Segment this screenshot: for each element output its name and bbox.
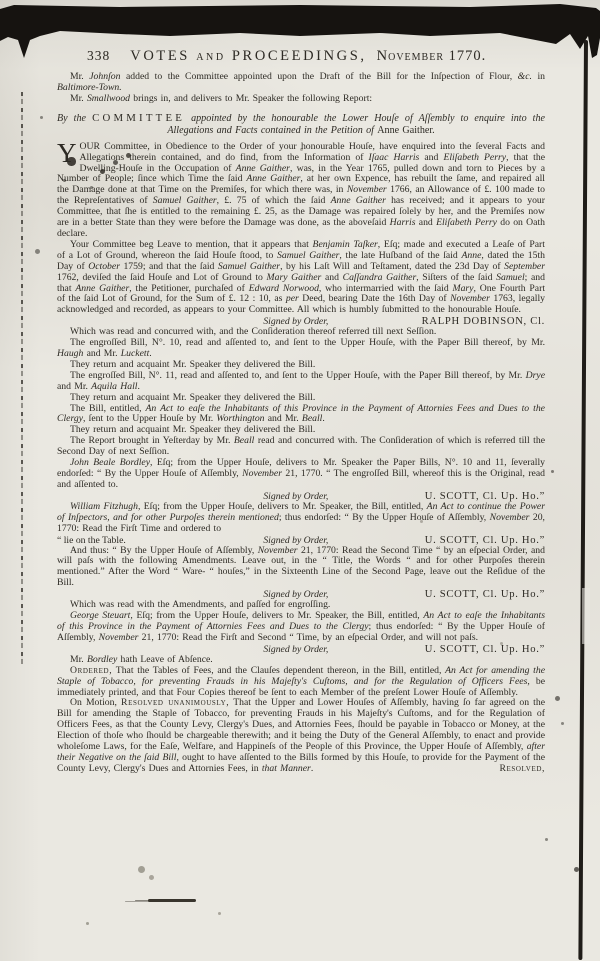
- text-segment: and Mr.: [83, 348, 120, 359]
- text-segment: Smallwood: [87, 93, 130, 104]
- paragraph: George Steuart, Eſq; from the Upper Houſ…: [57, 611, 545, 644]
- text-segment: brings in, and delivers to Mr. Speaker t…: [130, 93, 372, 104]
- text-segment: Worthington: [216, 413, 264, 424]
- text-segment: that Manner: [262, 763, 311, 774]
- text-segment: Mr.: [70, 71, 89, 82]
- text-segment: in: [532, 71, 545, 82]
- text-segment: The engroſſed Bill, N°. 10, read and aſſ…: [70, 337, 545, 348]
- paragraph: Your Committee beg Leave to mention, tha…: [57, 240, 545, 316]
- text-segment: Aquila Hall: [91, 381, 137, 392]
- page-text: Mr. Johnſon added to the Committee appoi…: [57, 72, 545, 775]
- text-segment: Samuel Gaither: [277, 250, 339, 261]
- paragraph: And thus: “ By the Upper Houſe of Aſſemb…: [57, 546, 545, 590]
- signed-by-order-label: Signed by Order,: [263, 644, 328, 655]
- text-segment: Beall: [234, 435, 254, 446]
- text-segment: 1762, deviſed the ſaid Houſe and Lot of …: [57, 272, 267, 283]
- text-segment: , Siſters of the ſaid: [416, 272, 496, 283]
- text-segment: Iſaac Harris: [369, 152, 420, 163]
- text-segment: .: [322, 413, 324, 424]
- text-segment: Ordered,: [70, 665, 112, 676]
- paragraph: Mr. Smallwood brings in, and delivers to…: [57, 94, 545, 105]
- text-segment: November: [347, 184, 387, 195]
- resolved-label: Resolved,: [486, 764, 545, 775]
- text-segment: Edward Norwood: [249, 283, 319, 294]
- text-segment: William Fitzhugh: [70, 501, 138, 512]
- paragraph: William Fitzhugh, Eſq; from the Upper Ho…: [57, 502, 545, 535]
- text-segment: , Eſq; from the Upper Houſe, delivers to…: [130, 610, 423, 621]
- paragraph: The Bill, entitled, An Act to eaſe the I…: [57, 404, 545, 426]
- text-segment: Anne Gaither: [331, 195, 386, 206]
- text-segment: and Mr.: [57, 381, 91, 392]
- text-segment: and: [321, 272, 342, 283]
- paragraph: On Motion, Resolved unanimously, That th…: [57, 698, 545, 774]
- text-segment: , ſent to the Upper Houſe by Mr.: [83, 413, 216, 424]
- paragraph: Ordered, That the Tables of Fees, and th…: [57, 666, 545, 699]
- text-segment: , the Petitioner, purchaſed of: [129, 283, 248, 294]
- text-segment: Anne Gaither: [246, 173, 300, 184]
- text-segment: COMMITTEE: [92, 112, 185, 124]
- text-segment: They return and acquaint Mr. Speaker the…: [70, 359, 315, 370]
- signatory-name: U. SCOTT, Cl. Up. Ho.”: [328, 644, 545, 655]
- paragraph: Mr. Johnſon added to the Committee appoi…: [57, 72, 545, 94]
- text-segment: The engroſſed Bill, N°. 11, read and aſſ…: [70, 370, 526, 381]
- scan-smudge: [148, 899, 196, 902]
- text-segment: .: [149, 348, 151, 359]
- text-segment: Your Committee beg Leave to mention, tha…: [70, 239, 313, 250]
- text-segment: and: [419, 152, 443, 163]
- text-segment: Anne Gaither: [236, 163, 290, 174]
- text-segment: Drye: [526, 370, 545, 381]
- text-segment: John Beale Bordley: [70, 457, 150, 468]
- text-segment: Haugh: [57, 348, 83, 359]
- text-segment: 21, 1770: Read the Firſt and Second “ Ti…: [138, 632, 478, 643]
- text-segment: , by his Laſt Will and Teſtament, dated …: [280, 261, 504, 272]
- paragraph: YOUR Committee, in Obedience to the Orde…: [57, 142, 545, 240]
- text-segment: November: [258, 545, 298, 556]
- text-segment: September: [504, 261, 545, 272]
- page-header: 338 VOTES and PROCEEDINGS, November 1770…: [57, 48, 545, 65]
- text-segment: Eliſabeth Perry: [443, 152, 506, 163]
- text-segment: Mary Gaither: [267, 272, 322, 283]
- page-number: 338: [87, 48, 110, 64]
- paragraph: The engroſſed Bill, N°. 11, read and aſſ…: [57, 371, 545, 393]
- text-segment: Bordley: [87, 654, 117, 665]
- text-segment: November: [242, 468, 282, 479]
- text-segment: October: [88, 261, 120, 272]
- text-segment: Anne: [461, 250, 481, 261]
- text-segment: That the Tables of Fees, and the Clauſes…: [112, 665, 445, 676]
- paragraph: The engroſſed Bill, N°. 10, read and aſſ…: [57, 338, 545, 360]
- text-segment: Johnſon: [89, 71, 120, 82]
- text-segment: Anne Gaither: [75, 283, 129, 294]
- text-segment: , £. 75 of which the ſaid: [217, 195, 331, 206]
- text-segment: Benjamin Taſker: [313, 239, 378, 250]
- text-segment: , the late Huſband of the ſaid: [339, 250, 461, 261]
- text-segment: ; thus endorſed: “ By the Upper Houſe of…: [279, 512, 490, 523]
- report-heading: By the COMMITTEE appointed by the honour…: [57, 112, 545, 137]
- page-content: 338 VOTES and PROCEEDINGS, November 1770…: [57, 48, 545, 775]
- text-segment: Resolved unanimously,: [121, 697, 229, 708]
- scan-specks: [0, 0, 3, 3]
- text-segment: November: [99, 632, 139, 643]
- text-segment: And thus: “ By the Upper Houſe of Aſſemb…: [70, 545, 258, 556]
- text-segment: Mr.: [70, 654, 87, 665]
- text-segment: On Motion,: [70, 697, 121, 708]
- text-segment: Anne Gaither.: [377, 125, 434, 136]
- text-segment: The Report brought in Yeſterday by Mr.: [70, 435, 234, 446]
- text-segment: They return and acquaint Mr. Speaker the…: [70, 392, 315, 403]
- text-segment: and: [415, 217, 436, 228]
- text-segment: and Mr.: [265, 413, 302, 424]
- text-segment: November: [490, 512, 530, 523]
- text-segment: , Eſq; from the Upper Houſe, delivers to…: [138, 501, 427, 512]
- paragraph: John Beale Bordley, Eſq; from the Upper …: [57, 458, 545, 491]
- text-segment: The Bill, entitled,: [70, 403, 146, 414]
- scan-edge-right-fade: [582, 588, 590, 644]
- text-segment: .: [311, 763, 313, 774]
- journal-date: November 1770.: [377, 48, 487, 65]
- text-segment: Which was read and concurred with, and t…: [70, 326, 436, 337]
- text-segment: Mary: [453, 283, 474, 294]
- text-segment: November: [450, 293, 490, 304]
- text-segment: Samuel: [496, 272, 525, 283]
- scanned-page: 338 VOTES and PROCEEDINGS, November 1770…: [0, 0, 600, 961]
- text-segment: Mr.: [70, 93, 87, 104]
- text-segment: Harris: [390, 217, 416, 228]
- text-segment: appointed by the honourable the Lower Ho…: [167, 113, 545, 136]
- text-segment: Beall: [302, 413, 322, 424]
- text-segment: 1759; and that the ſaid: [120, 261, 218, 272]
- text-segment: Luckett: [121, 348, 150, 359]
- signatory-name: U. SCOTT, Cl. Up. Ho.”: [328, 589, 545, 600]
- paragraph: The Report brought in Yeſterday by Mr. B…: [57, 436, 545, 458]
- text-segment: added to the Committee appointed upon th…: [120, 71, 517, 82]
- text-segment: &c.: [518, 71, 532, 82]
- scan-edge-left: [21, 92, 23, 664]
- drop-cap-initial: Y: [57, 142, 80, 164]
- text-segment: Samuel Gaither: [153, 195, 217, 206]
- text-segment: Samuel Gaither: [218, 261, 280, 272]
- text-segment: They return and acquaint Mr. Speaker the…: [70, 424, 315, 435]
- text-segment: Caſſandra Gaither: [343, 272, 417, 283]
- text-segment: By the: [57, 113, 92, 124]
- text-segment: George Steuart: [70, 610, 130, 621]
- text-segment: per: [286, 293, 299, 304]
- text-segment: Baltimore-Town.: [57, 82, 122, 93]
- text-segment: Eliſabeth Perry: [436, 217, 497, 228]
- text-segment: hath Leave of Abſence.: [117, 654, 212, 665]
- scan-edge-right: [578, 40, 588, 960]
- text-segment: , who intermarried with the ſaid: [319, 283, 453, 294]
- text-segment: Which was read with the Amendments, and …: [70, 599, 330, 610]
- journal-title: VOTES and PROCEEDINGS,: [130, 48, 366, 65]
- text-segment: .: [137, 381, 139, 392]
- text-segment: Deed, bearing Date the 16th Day of: [299, 293, 450, 304]
